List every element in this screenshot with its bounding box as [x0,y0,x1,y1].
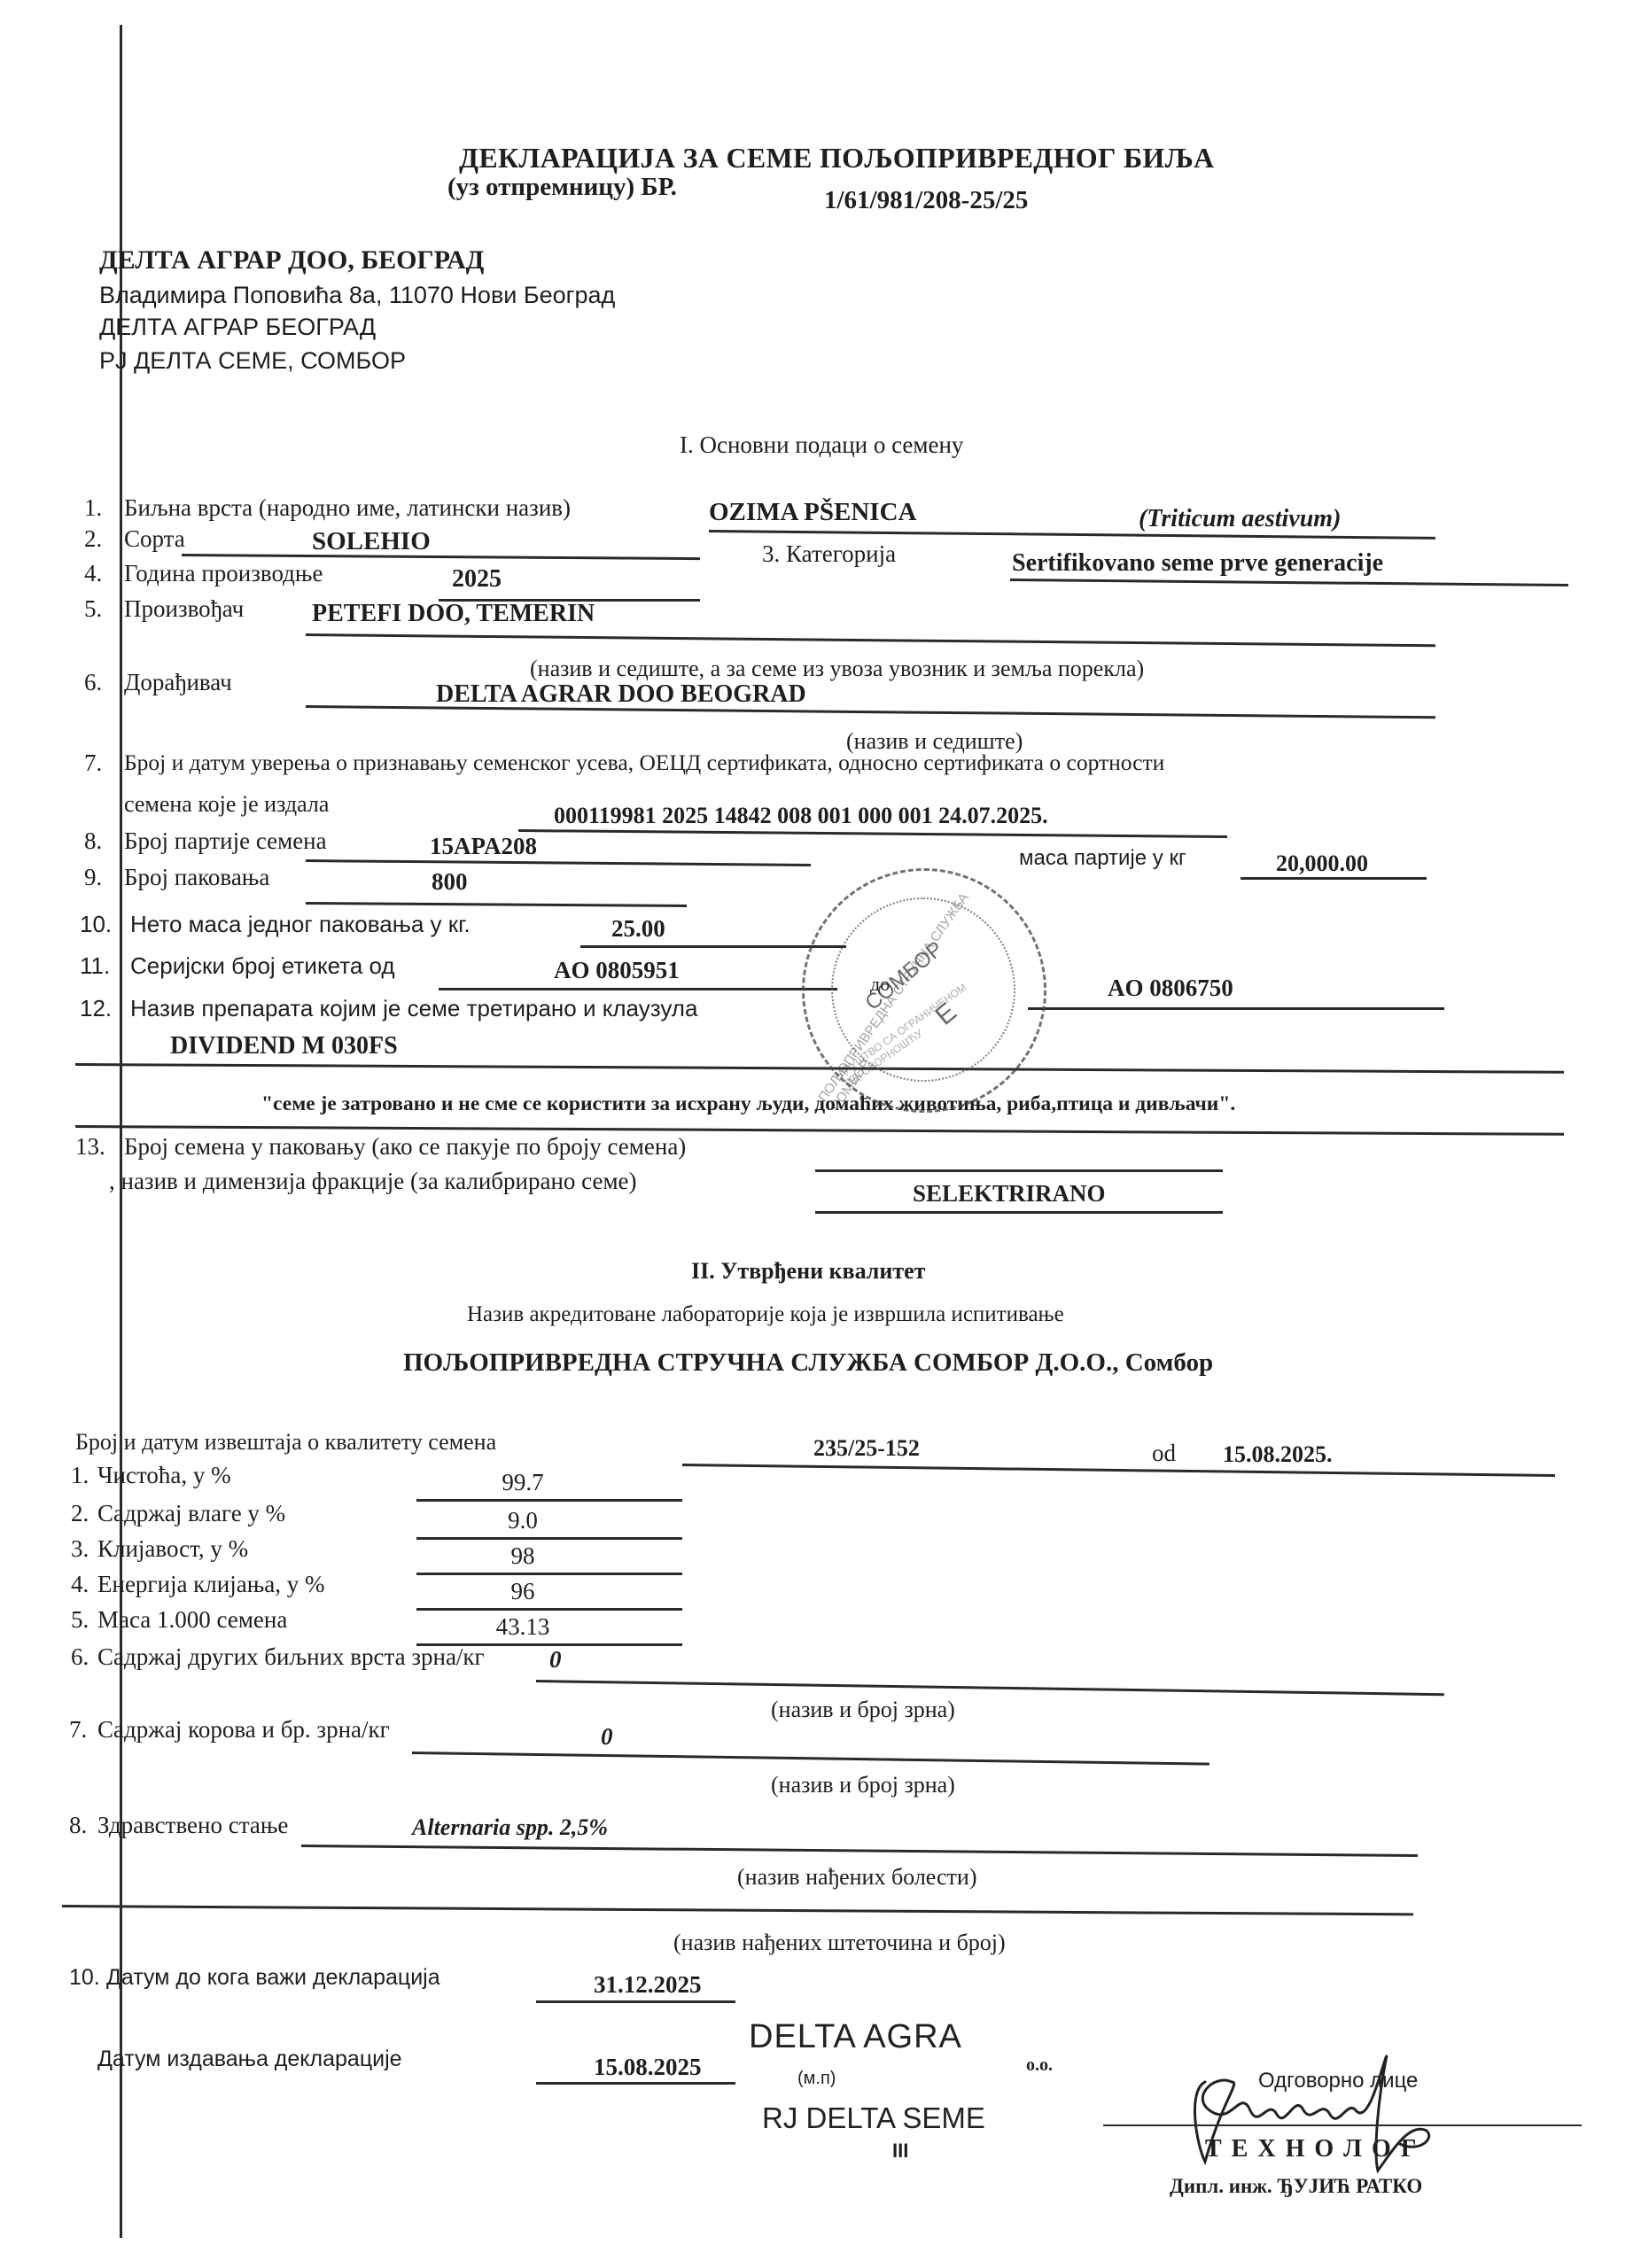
report-underline [682,1464,1555,1477]
document-number: 1/61/981/208-25/25 [824,186,1028,215]
seal-line3: III [892,2140,908,2163]
seed-count-value: SELEKTRIRANO [913,1180,1106,1208]
species-value: OZIMA PŠENICA [709,498,916,527]
item4-num: 4. [84,560,102,587]
weeds-underline [412,1751,1210,1766]
treatment-clause: "семе је затровано и не сме се користити… [261,1092,1235,1116]
finisher-value: DELTA AGRAR DOO BEOGRAD [436,680,806,709]
quality-item-num: 5. [71,1606,89,1634]
lot-mass-label: маса партије у кг [1019,846,1186,871]
quality-item-value: 43.13 [474,1613,572,1641]
item9-num: 9. [84,864,102,891]
health-caption: (назив нађених болести) [737,1864,976,1891]
pests-underline [62,1905,1413,1915]
item8-num: 8. [84,827,102,855]
signer-title: Т Е Х Н О Л О Г [1205,2135,1419,2163]
item7-label-line1: Број и датум уверења о признавању семенс… [124,750,1164,776]
producer-underline [306,633,1435,647]
signature-line [1103,2124,1582,2126]
other-species-value: 0 [549,1646,562,1674]
weeds-label: Садржај корова и бр. зрна/кг [97,1716,412,1744]
item7-num: 7. [84,750,102,777]
treatment-underline [75,1063,1564,1074]
item8-label: Број партије семена [124,827,327,855]
item2-num: 2. [84,525,102,553]
category-underline [1010,579,1568,586]
weeds-caption: (назив и број зрна) [771,1772,955,1798]
report-number: 235/25-152 [813,1435,920,1462]
report-label: Број и датум извештаја о квалитету семен… [75,1429,496,1456]
item3-label: 3. Категорија [762,540,896,568]
species-latin: (Triticum aestivum) [1139,505,1341,533]
seal-mp: (м.п) [797,2069,836,2089]
item6-label: Дорађивач [124,669,232,696]
category-label: Категорија [786,540,896,567]
net-mass-underline [580,945,846,948]
health-value: Alternaria spp. 2,5% [412,1814,608,1841]
producer-value: PETEFI DOO, TEMERIN [312,600,595,628]
other-species-num: 6. [71,1643,89,1671]
item11-label: Серијски број етикета од [130,952,395,980]
other-species-caption: (назив и број зрна) [771,1697,955,1723]
quality-item-value: 99.7 [474,1469,572,1496]
other-species-label: Садржај других биљних врста зрна/кг [97,1643,485,1671]
pests-caption: (назив нађених штеточина и број) [673,1930,1006,1956]
packages-value: 800 [432,868,468,896]
treatment-value: DIVIDEND M 030FS [170,1032,398,1060]
issue-date-underline [536,2082,735,2085]
quality-item-label: Садржај влаге у % [97,1500,285,1527]
quality-item-label: Енергија клијања, у % [97,1571,324,1598]
valid-until-num: 10. [69,1965,100,1991]
item1-num: 1. [84,494,102,522]
item6-num: 6. [84,669,102,696]
quality-item-num: 4. [71,1571,89,1598]
item13-label-line2: , назив и димензија фракције (за калибри… [109,1168,637,1195]
quality-item-num: 1. [71,1462,89,1489]
item3-num: 3. [762,540,780,567]
issuer-line4: РЈ ДЕЛТА СЕМЕ, СОМБОР [99,347,406,375]
official-stamp: ПОЉОПРИВРЕДНА СТРУЧНА СЛУЖБА СОМБОР ДРУШ… [802,868,1046,1113]
report-date: 15.08.2025. [1223,1441,1333,1468]
serial-from-underline [439,988,837,990]
lab-name: ПОЉОПРИВРЕДНА СТРУЧНА СЛУЖБА СОМБОР Д.О.… [403,1348,1213,1378]
quality-item-underline [416,1608,682,1611]
quality-item-label: Клијавост, у % [97,1535,248,1563]
quality-item-value: 98 [474,1542,572,1570]
item12-num: 12. [80,995,112,1022]
item13-label-line1: Број семена у паковању (ако се пакује по… [124,1133,686,1161]
net-mass-value: 25.00 [611,915,665,943]
certificate-underline [518,829,1227,838]
lot-mass-value: 20,000.00 [1276,850,1368,877]
variety-value: SOLEHIO [312,527,431,556]
seal-line2: RJ DELTA SEME [762,2101,985,2135]
other-species-underline [536,1680,1444,1696]
health-underline [301,1845,1418,1857]
item10-label: Нето маса једног паковања у кг. [130,911,471,938]
item10-num: 10. [80,911,112,938]
seal-suffix: о.о. [1026,2055,1053,2076]
packages-underline [306,902,687,907]
seed-count-underline [815,1211,1223,1214]
item4-label: Година производње [124,560,323,587]
lot-underline [306,859,811,866]
signer-name: Дипл. инж. ЂУЈИЋ РАТКО [1170,2175,1422,2198]
item13-num: 13. [75,1133,105,1161]
lot-mass-underline [1241,877,1427,880]
quality-item-num: 3. [71,1535,89,1563]
year-value: 2025 [452,565,502,594]
quality-item-value: 96 [474,1578,572,1605]
lot-value: 15APA208 [430,833,537,860]
report-od: od [1152,1440,1176,1467]
serial-to-value: AO 0806750 [1108,975,1233,1002]
issuer-company: ДЕЛТА АГРАР ДОО, БЕОГРАД [99,245,484,276]
issue-date-value: 15.08.2025 [594,2054,702,2081]
quality-item-underline [416,1537,682,1540]
serial-from-value: AO 0805951 [554,957,680,984]
document-title: ДЕКЛАРАЦИЈА ЗА СЕМЕ ПОЉОПРИВРЕДНОГ БИЉА [459,142,1214,175]
health-num: 8. [69,1812,87,1839]
item12-label: Назив препарата којим је семе третирано … [130,995,697,1022]
category-value: Sertifikovano seme prve generacije [1012,549,1383,578]
quality-item-value: 9.0 [474,1507,572,1534]
quality-item-label: Чистоћа, у % [97,1462,231,1489]
item5-label: Произвођач [124,595,244,623]
valid-until-label: Датум до кога важи декларација [106,1965,440,1991]
weeds-value: 0 [601,1723,613,1751]
finisher-underline [306,705,1435,718]
item9-label: Број паковања [124,864,269,891]
section2-title: II. Утврђени квалитет [691,1258,925,1285]
certificate-value: 000119981 2025 14842 008 001 000 001 24.… [554,803,1048,829]
seal-line1: DELTA AGRA [749,2018,962,2056]
quality-item-underline [416,1499,682,1502]
item11-num: 11. [80,952,110,980]
seed-count-topline [815,1169,1223,1172]
issue-date-label: Датум издавања декларације [97,2047,402,2072]
quality-item-underline [416,1573,682,1575]
issuer-line3: ДЕЛТА АГРАР БЕОГРАД [99,314,376,341]
serial-to-underline [1028,1007,1444,1010]
weeds-num: 7. [69,1716,87,1744]
item2-label: Сорта [124,525,185,553]
item5-num: 5. [84,595,102,623]
health-label: Здравствено стање [97,1812,288,1839]
quality-item-label: Маса 1.000 семена [97,1606,287,1634]
item7-label-line2: семена које је издала [124,791,329,818]
valid-until-underline [536,2000,735,2003]
producer-caption: (назив и седиште, а за семе из увоза уво… [530,656,1144,682]
lab-label: Назив акредитоване лабораторије која је … [467,1302,1064,1327]
valid-until-value: 31.12.2025 [594,1971,702,1999]
section1-title: I. Основни подаци о семену [680,431,963,459]
quality-item-num: 2. [71,1500,89,1527]
item1-label: Биљна врста (народно име, латински назив… [124,494,571,522]
document-subtitle-label: (уз отпремницу) БР. [447,173,677,202]
issuer-address: Владимира Поповића 8а, 11070 Нови Београ… [99,282,615,309]
